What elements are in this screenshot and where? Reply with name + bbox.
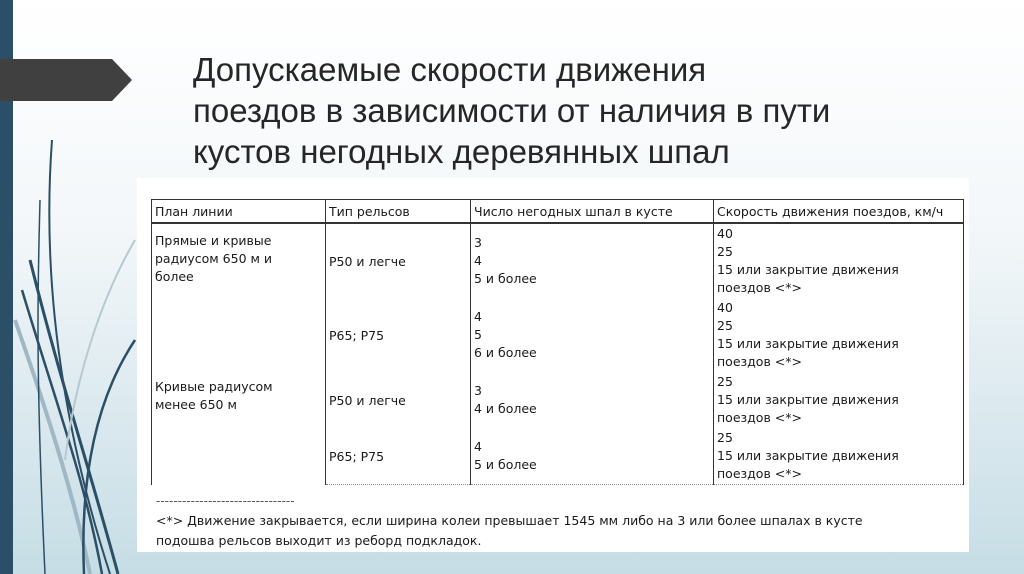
table-row: Прямые и кривые радиусом 650 м и более Р… bbox=[152, 223, 964, 298]
speed-cell: 25 15 или закрытие движения поездов <*> bbox=[714, 428, 964, 485]
table-header-row: План линии Тип рельсов Число негодных шп… bbox=[152, 200, 964, 224]
title-arrow-tab bbox=[0, 59, 132, 101]
title-line-2: поездов в зависимости от наличия в пути bbox=[193, 90, 953, 131]
plan-cell: Прямые и кривые радиусом 650 м и более bbox=[152, 223, 326, 372]
rail-cell: Р50 и легче bbox=[326, 223, 471, 298]
count-cell: 4 5 6 и более bbox=[471, 298, 714, 372]
speed-cell: 40 25 15 или закрытие движения поездов <… bbox=[714, 223, 964, 298]
footnote: <*> Движение закрывается, если ширина ко… bbox=[156, 511, 956, 551]
title-line-3: кустов негодных деревянных шпал bbox=[193, 131, 953, 172]
rail-cell: Р65; Р75 bbox=[326, 428, 471, 485]
title-line-1: Допускаемые скорости движения bbox=[193, 49, 953, 90]
count-cell: 3 4 5 и более bbox=[471, 223, 714, 298]
header-rail-type: Тип рельсов bbox=[326, 200, 471, 224]
header-sleeper-count: Число негодных шпал в кусте bbox=[471, 200, 714, 224]
footnote-line-1: <*> Движение закрывается, если ширина ко… bbox=[156, 511, 956, 531]
rail-cell: Р65; Р75 bbox=[326, 298, 471, 372]
count-cell: 4 5 и более bbox=[471, 428, 714, 485]
speed-cell: 40 25 15 или закрытие движения поездов <… bbox=[714, 298, 964, 372]
footnote-separator: -------------------------------- bbox=[156, 494, 295, 508]
count-cell: 3 4 и более bbox=[471, 372, 714, 428]
header-plan: План линии bbox=[152, 200, 326, 224]
table-row: Кривые радиусом менее 650 м Р50 и легче … bbox=[152, 372, 964, 428]
speed-cell: 25 15 или закрытие движения поездов <*> bbox=[714, 372, 964, 428]
document-image: План линии Тип рельсов Число негодных шп… bbox=[137, 178, 969, 552]
plan-cell: Кривые радиусом менее 650 м bbox=[152, 372, 326, 485]
header-speed: Скорость движения поездов, км/ч bbox=[714, 200, 964, 224]
slide-title: Допускаемые скорости движения поездов в … bbox=[193, 49, 953, 172]
rail-cell: Р50 и легче bbox=[326, 372, 471, 428]
speed-table: План линии Тип рельсов Число негодных шп… bbox=[151, 199, 964, 485]
footnote-line-2: подошва рельсов выходит из реборд подкла… bbox=[156, 531, 956, 551]
